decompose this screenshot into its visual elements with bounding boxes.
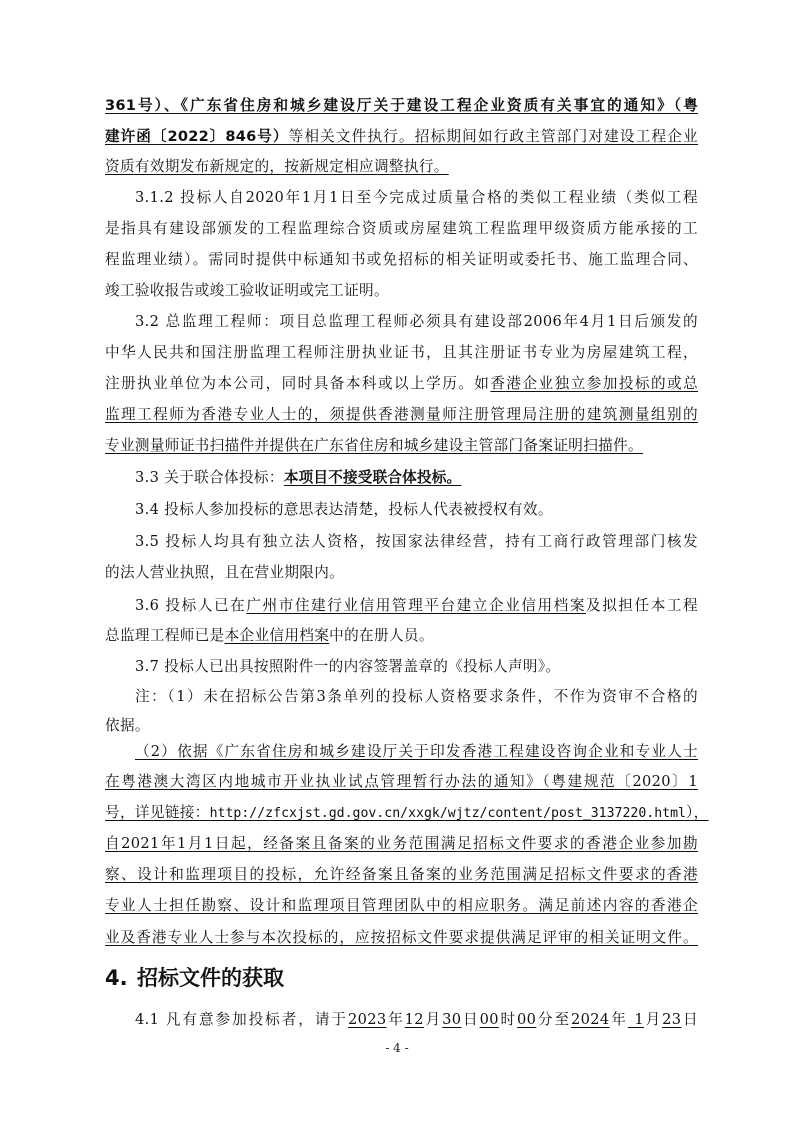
text-line: 中华人民共和国注册监理工程师注册执业证书，且其注册证书专业为房屋建筑工程， [105,342,698,364]
text-line: 3.5 投标人均具有独立法人资格，按国家法律经营，持有工商行政管理部门核发 [135,531,698,553]
text-line: 依据。 [105,715,698,737]
text-segment: 注册执业单位为本公司，同时具备本科或以上学历。如 [105,375,490,392]
underlined-text: 23 [662,1011,681,1028]
text-segment: 3.3 关于联合体投标： [135,469,284,486]
underlined-text: 361号）、《广东省住房和城乡建设厅关于建设工程企业资质有关事宜的通知》（粤 [105,97,698,114]
text-segment: 月 [644,1011,662,1028]
text-segment: 的法人营业执照，且在营业期限内。 [105,564,344,581]
text-line: 注：（1）未在招标公告第3条单列的投标人资格要求条件，不作为资审不合格的 [135,686,698,708]
underlined-text: 本项目不接受联合体投标。 [284,469,462,486]
text-segment: 分至 [536,1011,571,1028]
underlined-text: 00 [517,1011,536,1028]
text-segment: 总监理工程师已是 [105,627,225,644]
text-segment: 年 [610,1011,628,1028]
text-line: 专业人士担任勘察、设计和监理项目管理团队中的相应职务。满足前述内容的香港企 [105,895,698,917]
text-line: 注册执业单位为本公司，同时具备本科或以上学历。如香港企业独立参加投标的或总 [105,373,698,395]
section-number: 4. [105,963,137,993]
text-line: 的法人营业执照，且在营业期限内。 [105,562,698,584]
text-segment: 3.2 总监理工程师：项目总监理工程师必须具有建设部2006年4月1日后颁发的 [135,313,698,330]
text-segment: 3.1.2 投标人自2020年1月1日至今完成过质量合格的类似工程业绩（类似工程 [135,189,698,206]
text-line: 竣工验收报告或竣工验收证明或完工证明。 [105,280,698,302]
text-line: 是指具有建设部颁发的工程监理综合资质或房屋建筑工程监理甲级资质方能承接的工 [105,218,698,240]
text-segment: 日 [681,1011,698,1028]
text-line: （2）依据《广东省住房和城乡建设厅关于印发香港工程建设咨询企业和专业人士 [135,741,698,763]
underlined-text: 12 [405,1011,424,1028]
text-segment: 程监理业绩）。需同时提供中标通知书或免招标的相关证明或委托书、施工监理合同、 [105,251,698,268]
underlined-text: 00 [480,1011,499,1028]
text-line: 3.1.2 投标人自2020年1月1日至今完成过质量合格的类似工程业绩（类似工程 [135,187,698,209]
underlined-text: 2024 [571,1011,610,1028]
page-number: - 4 - [0,1040,794,1056]
text-segment: 日 [461,1011,479,1028]
text-segment: 3.4 投标人参加投标的意思表达清楚，投标人代表被授权有效。 [135,501,553,518]
underlined-text: 号，详见链接： [105,804,210,821]
underlined-text: （2）依据《广东省住房和城乡建设厅关于印发香港工程建设咨询企业和专业人士 [135,743,698,760]
text-line: 专业测量师证书扫描件并提供在广东省住房和城乡建设主管部门备案证明扫描件。 [105,435,698,457]
document-page: 361号）、《广东省住房和城乡建设厅关于建设工程企业资质有关事宜的通知》（粤建许… [0,0,794,1123]
text-segment: 注：（1）未在招标公告第3条单列的投标人资格要求条件，不作为资审不合格的 [135,688,698,705]
underlined-text: 业及香港专业人士参与本次投标的，应按招标文件要求提供满足评审的相关证明文件。 [105,929,698,946]
underlined-text: 1 [628,1011,644,1028]
underlined-text: 本企业信用档案 [225,627,330,644]
text-line: 3.2 总监理工程师：项目总监理工程师必须具有建设部2006年4月1日后颁发的 [135,311,698,333]
underlined-text: 专业测量师证书扫描件并提供在广东省住房和城乡建设主管部门备案证明扫描件。 [105,437,643,454]
text-line: 建许函〔2022〕846号）等相关文件执行。招标期间如行政主管部门对建设工程企业 [105,126,698,148]
underlined-text: 香港企业独立参加投标的或总 [490,375,698,392]
text-line: 程监理业绩）。需同时提供中标通知书或免招标的相关证明或委托书、施工监理合同、 [105,249,698,271]
section-heading: 4.招标文件的获取 [105,963,284,993]
text-line: 3.6 投标人已在广州市住建行业信用管理平台建立企业信用档案及拟担任本工程 [135,595,698,617]
underlined-text: 专业人士担任勘察、设计和监理项目管理团队中的相应职务。满足前述内容的香港企 [105,897,698,914]
text-segment: 年 [387,1011,405,1028]
text-line: 总监理工程师已是本企业信用档案中的在册人员。 [105,625,698,647]
text-segment: 时 [499,1011,517,1028]
text-segment: 4.1 凡有意参加投标者，请于 [135,1011,348,1028]
text-line: 4.1 凡有意参加投标者，请于2023年12月30日00时00分至2024年 1… [135,1009,698,1031]
underlined-text: 30 [442,1011,461,1028]
text-segment: 及拟担任本工程 [586,597,698,614]
text-line: 自2021年1月1日起，经备案且备案的业务范围满足招标文件要求的香港企业参加勘 [105,833,698,855]
text-line: 3.4 投标人参加投标的意思表达清楚，投标人代表被授权有效。 [135,499,698,521]
underlined-text: 广州市住建行业信用管理平台建立企业信用档案 [246,597,586,614]
text-line: 察、设计和监理项目的投标，允许经备案且备案的业务范围满足招标文件要求的香港 [105,864,698,886]
text-segment: 是指具有建设部颁发的工程监理综合资质或房屋建筑工程监理甲级资质方能承接的工 [105,220,698,237]
text-line: 监理工程师为香港专业人士的，须提供香港测量师注册管理局注册的建筑测量组别的 [105,404,698,426]
text-segment: 月 [424,1011,442,1028]
text-line: 资质有效期发布新规定的，按新规定相应调整执行。 [105,156,698,178]
text-segment: 3.7 投标人已出具按照附件一的内容签署盖章的《投标人声明》。 [135,658,560,675]
text-segment: 中的在册人员。 [329,627,434,644]
link-text[interactable]: http://zfcxjst.gd.gov.cn/xxgk/wjtz/conte… [210,806,686,821]
section-title: 招标文件的获取 [137,966,284,990]
underlined-text: 察、设计和监理项目的投标，允许经备案且备案的业务范围满足招标文件要求的香港 [105,866,698,883]
text-segment: 3.5 投标人均具有独立法人资格，按国家法律经营，持有工商行政管理部门核发 [135,533,698,550]
text-line: 在粤港澳大湾区内地城市开业执业试点管理暂行办法的通知》（粤建规范〔2020〕1 [105,771,698,793]
underlined-text: 在粤港澳大湾区内地城市开业执业试点管理暂行办法的通知》（粤建规范〔2020〕1 [105,773,698,790]
text-segment: 依据。 [105,717,150,734]
underlined-text: 监理工程师为香港专业人士的，须提供香港测量师注册管理局注册的建筑测量组别的 [105,406,698,423]
underlined-text: 自2021年1月1日起，经备案且备案的业务范围满足招标文件要求的香港企业参加勘 [105,835,698,852]
text-line: 3.7 投标人已出具按照附件一的内容签署盖章的《投标人声明》。 [135,656,698,678]
underlined-text: 等相关文件执行。招标期间如行政主管部门对建设工程企业 [289,128,698,145]
text-line: 号，详见链接：http://zfcxjst.gd.gov.cn/xxgk/wjt… [105,802,698,824]
text-segment: 3.6 投标人已在 [135,597,246,614]
underlined-text: 2023 [348,1011,387,1028]
underlined-text: ）， [686,804,709,821]
text-line: 业及香港专业人士参与本次投标的，应按招标文件要求提供满足评审的相关证明文件。 [105,927,698,949]
underlined-text: 建许函〔2022〕846号） [105,128,289,145]
text-line: 361号）、《广东省住房和城乡建设厅关于建设工程企业资质有关事宜的通知》（粤 [105,95,698,117]
text-line: 3.3 关于联合体投标：本项目不接受联合体投标。 [135,467,698,489]
text-segment: 中华人民共和国注册监理工程师注册执业证书，且其注册证书专业为房屋建筑工程， [105,344,698,361]
text-segment: 竣工验收报告或竣工验收证明或完工证明。 [105,282,389,299]
underlined-text: 资质有效期发布新规定的，按新规定相应调整执行。 [105,158,449,175]
